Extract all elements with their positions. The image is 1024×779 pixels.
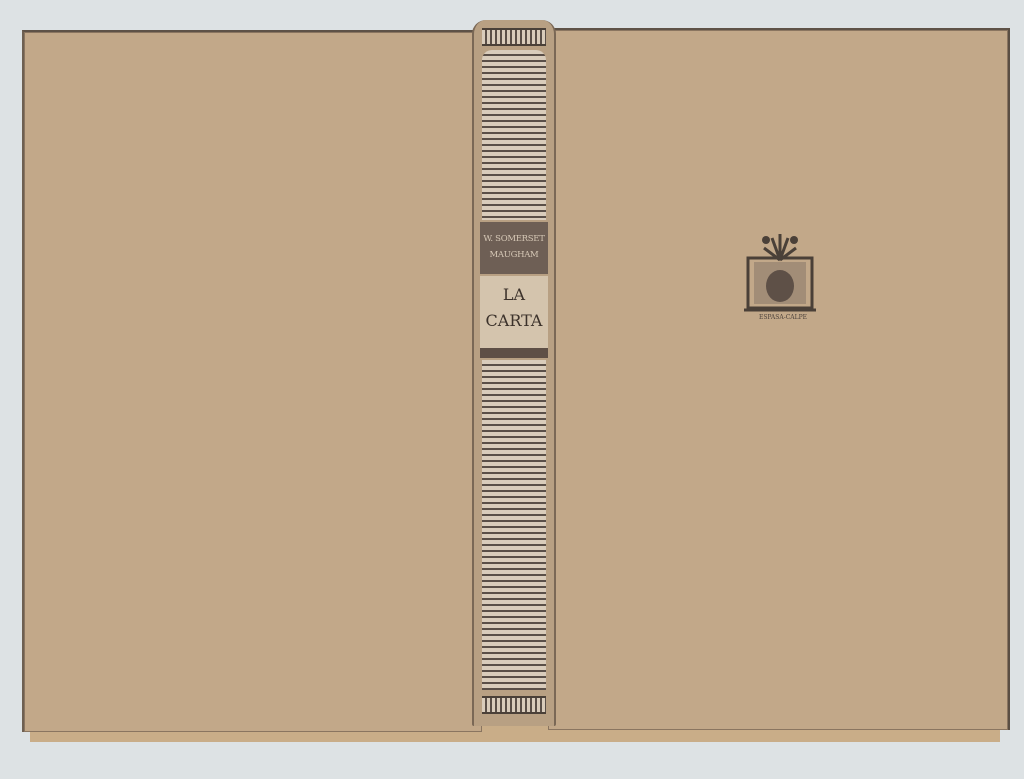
spine-title-band bbox=[480, 348, 548, 358]
publisher-name: ESPASA-CALPE bbox=[748, 314, 818, 322]
spine-top-stripes bbox=[482, 50, 546, 220]
spine-top-ornament bbox=[482, 28, 546, 46]
book-spine: W. SOMERSET MAUGHAM LA CARTA bbox=[472, 20, 556, 726]
title-line2: CARTA bbox=[480, 308, 548, 334]
spine-author-label: W. SOMERSET MAUGHAM bbox=[480, 222, 548, 274]
author-line2: MAUGHAM bbox=[480, 247, 548, 263]
back-cover bbox=[22, 30, 482, 732]
spine-title-label: LA CARTA bbox=[480, 276, 548, 348]
publisher-text-line1: ESPASA-CALPE bbox=[748, 314, 818, 322]
publisher-emblem-icon bbox=[742, 230, 818, 312]
spine-bottom-stripes bbox=[482, 360, 546, 690]
author-line1: W. SOMERSET bbox=[480, 231, 548, 247]
title-line1: LA bbox=[480, 282, 548, 308]
front-cover bbox=[548, 28, 1010, 730]
spine-bottom-ornament bbox=[482, 696, 546, 714]
